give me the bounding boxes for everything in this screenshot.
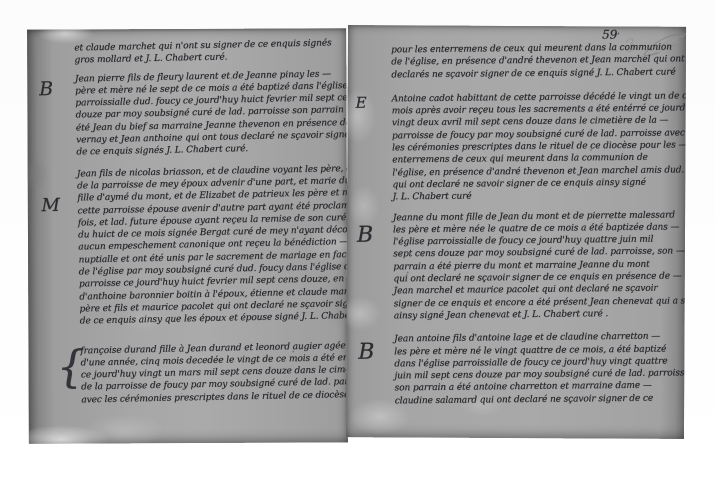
margin-letter: B [357, 222, 373, 247]
folio-number: 59, [602, 27, 620, 41]
manuscript-line: J. L. Chabert curé [393, 189, 685, 204]
register-entry: MJean fils de nicolas briasson, et de cl… [77, 163, 348, 328]
left-page-entries: et claude marchet qui n'ont su signer de… [74, 37, 348, 406]
margin-letter: B [358, 340, 374, 365]
manuscript-line: claudine salamard qui ont declaré ne sça… [395, 392, 686, 407]
scanned-register-spread: et claude marchet qui n'ont su signer de… [0, 0, 715, 480]
margin-letter: { [56, 341, 85, 393]
register-entry: {françoise durand fille à Jean durand et… [80, 339, 348, 406]
margin-letter: M [41, 194, 60, 215]
left-page: et claude marchet qui n'ont su signer de… [27, 28, 348, 443]
right-page-entries: pour les enterremens de ceux qui meurent… [391, 41, 686, 407]
register-entry: EAntoine cadot habittant de cette parroi… [391, 90, 684, 204]
right-page: 59, pour les enterremens de ceux qui meu… [346, 25, 686, 439]
register-entry: BJean antoine fils d'antoine lage et de … [394, 331, 686, 408]
manuscript-line: ainsy signé Jean chenevat et J. L. Chabe… [394, 307, 686, 322]
register-entry: BJeanne du mont fille de Jean du mont et… [393, 209, 686, 323]
margin-letter: B [39, 78, 53, 100]
manuscript-line: declarés ne sçavoir signer de ce enquis … [391, 66, 683, 81]
margin-letter: E [355, 93, 366, 111]
register-entry: BJean pierre fils de fleury laurent et d… [75, 68, 348, 160]
register-entry: pour les enterremens de ceux qui meurent… [391, 41, 683, 81]
register-entry: et claude marchet qui n'ont su signer de… [74, 37, 348, 67]
